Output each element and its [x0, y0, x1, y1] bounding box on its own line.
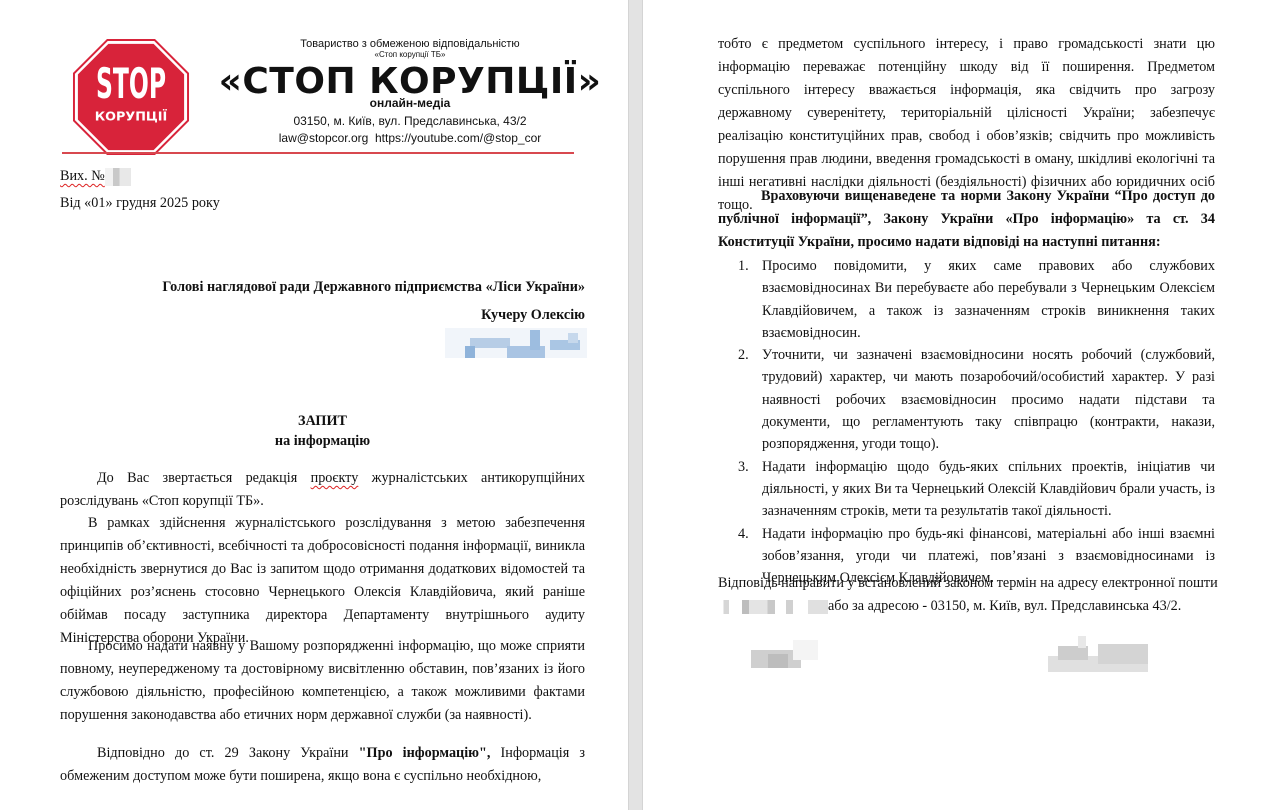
outgoing-number-label: Вих. №	[60, 168, 105, 184]
question-item: 1.Просимо повідомити, у яких саме правов…	[738, 255, 1215, 344]
reply-address-text: або за адресою - 03150, м. Київ, вул. Пр…	[828, 598, 1181, 614]
question-number: 3.	[738, 456, 749, 478]
intro-text-start: До Вас звертається редакція	[97, 470, 311, 486]
page-separator	[628, 0, 643, 810]
document-page-2: тобто є предметом суспільного інтересу, …	[643, 0, 1280, 810]
law-name: "Про інформацію",	[359, 745, 491, 761]
company-legal-form: Товариство з обмеженою відповідальністю	[210, 38, 610, 50]
question-number: 4.	[738, 523, 749, 545]
header-contacts: law@stopcor.org https://youtube.com/@sto…	[210, 131, 610, 146]
paragraph-intro: До Вас звертається редакція проєкту журн…	[60, 467, 585, 513]
question-item: 2.Уточнити, чи зазначені взаємовідносини…	[738, 344, 1215, 455]
reply-instructions-line1: Відповідь направити у встановлений закон…	[718, 572, 1228, 595]
redacted-signature-right	[1038, 636, 1158, 676]
paragraph-law-reference: Відповідно до ст. 29 Закону України "Про…	[60, 742, 585, 788]
outgoing-number: Вих. №	[60, 165, 131, 188]
header-address: 03150, м. Київ, вул. Предславинська, 43/…	[210, 114, 610, 129]
letter-date: Від «01» грудня 2025 року	[60, 192, 220, 215]
document-subtitle: на інформацію	[60, 430, 585, 453]
header-youtube-link[interactable]: https://youtube.com/@stop_cor	[375, 131, 541, 145]
stop-sign-logo-icon: STOP КОРУПЦІЇ	[72, 38, 190, 156]
redacted-email	[718, 600, 828, 614]
redacted-signature-left	[748, 640, 818, 672]
company-name: «Стоп корупції ТБ»	[210, 50, 610, 60]
paragraph-investigation: В рамках здійснення журналістського розс…	[60, 512, 585, 650]
spellcheck-flagged-word: проєкту	[311, 470, 359, 486]
addressee-name: Кучеру Олексію	[60, 304, 585, 327]
header-email-link[interactable]: law@stopcor.org	[279, 131, 369, 145]
law-ref-start: Відповідно до ст. 29 Закону України	[97, 745, 359, 761]
questions-list: 1.Просимо повідомити, у яких саме правов…	[738, 255, 1215, 589]
paragraph-request: Просимо надати наявну у Вашому розпорядж…	[60, 635, 585, 727]
question-number: 1.	[738, 255, 749, 277]
addressee-position: Голові наглядової ради Державного підпри…	[60, 276, 585, 299]
question-number: 2.	[738, 344, 749, 366]
question-text: Уточнити, чи зазначені взаємовідносини н…	[762, 347, 1215, 452]
header-divider	[62, 152, 574, 154]
redacted-number	[105, 168, 131, 186]
question-text: Просимо повідомити, у яких саме правових…	[762, 258, 1215, 341]
question-text: Надати інформацію щодо будь-яких спільни…	[762, 459, 1215, 520]
reply-instructions-line2: або за адресою - 03150, м. Київ, вул. Пр…	[718, 595, 1181, 618]
redacted-addressee-detail	[445, 328, 587, 358]
question-item: 3.Надати інформацію щодо будь-яких спіль…	[738, 456, 1215, 523]
paragraph-request-intro: Враховуючи вищенаведене та норми Закону …	[718, 185, 1215, 254]
logo-corruption-text: КОРУПЦІЇ	[95, 109, 168, 125]
logo-stop-text: STOP	[96, 61, 166, 109]
document-page-1: STOP КОРУПЦІЇ Товариство з обмеженою від…	[0, 0, 628, 810]
brand-subtitle: онлайн-медіа	[210, 96, 610, 110]
